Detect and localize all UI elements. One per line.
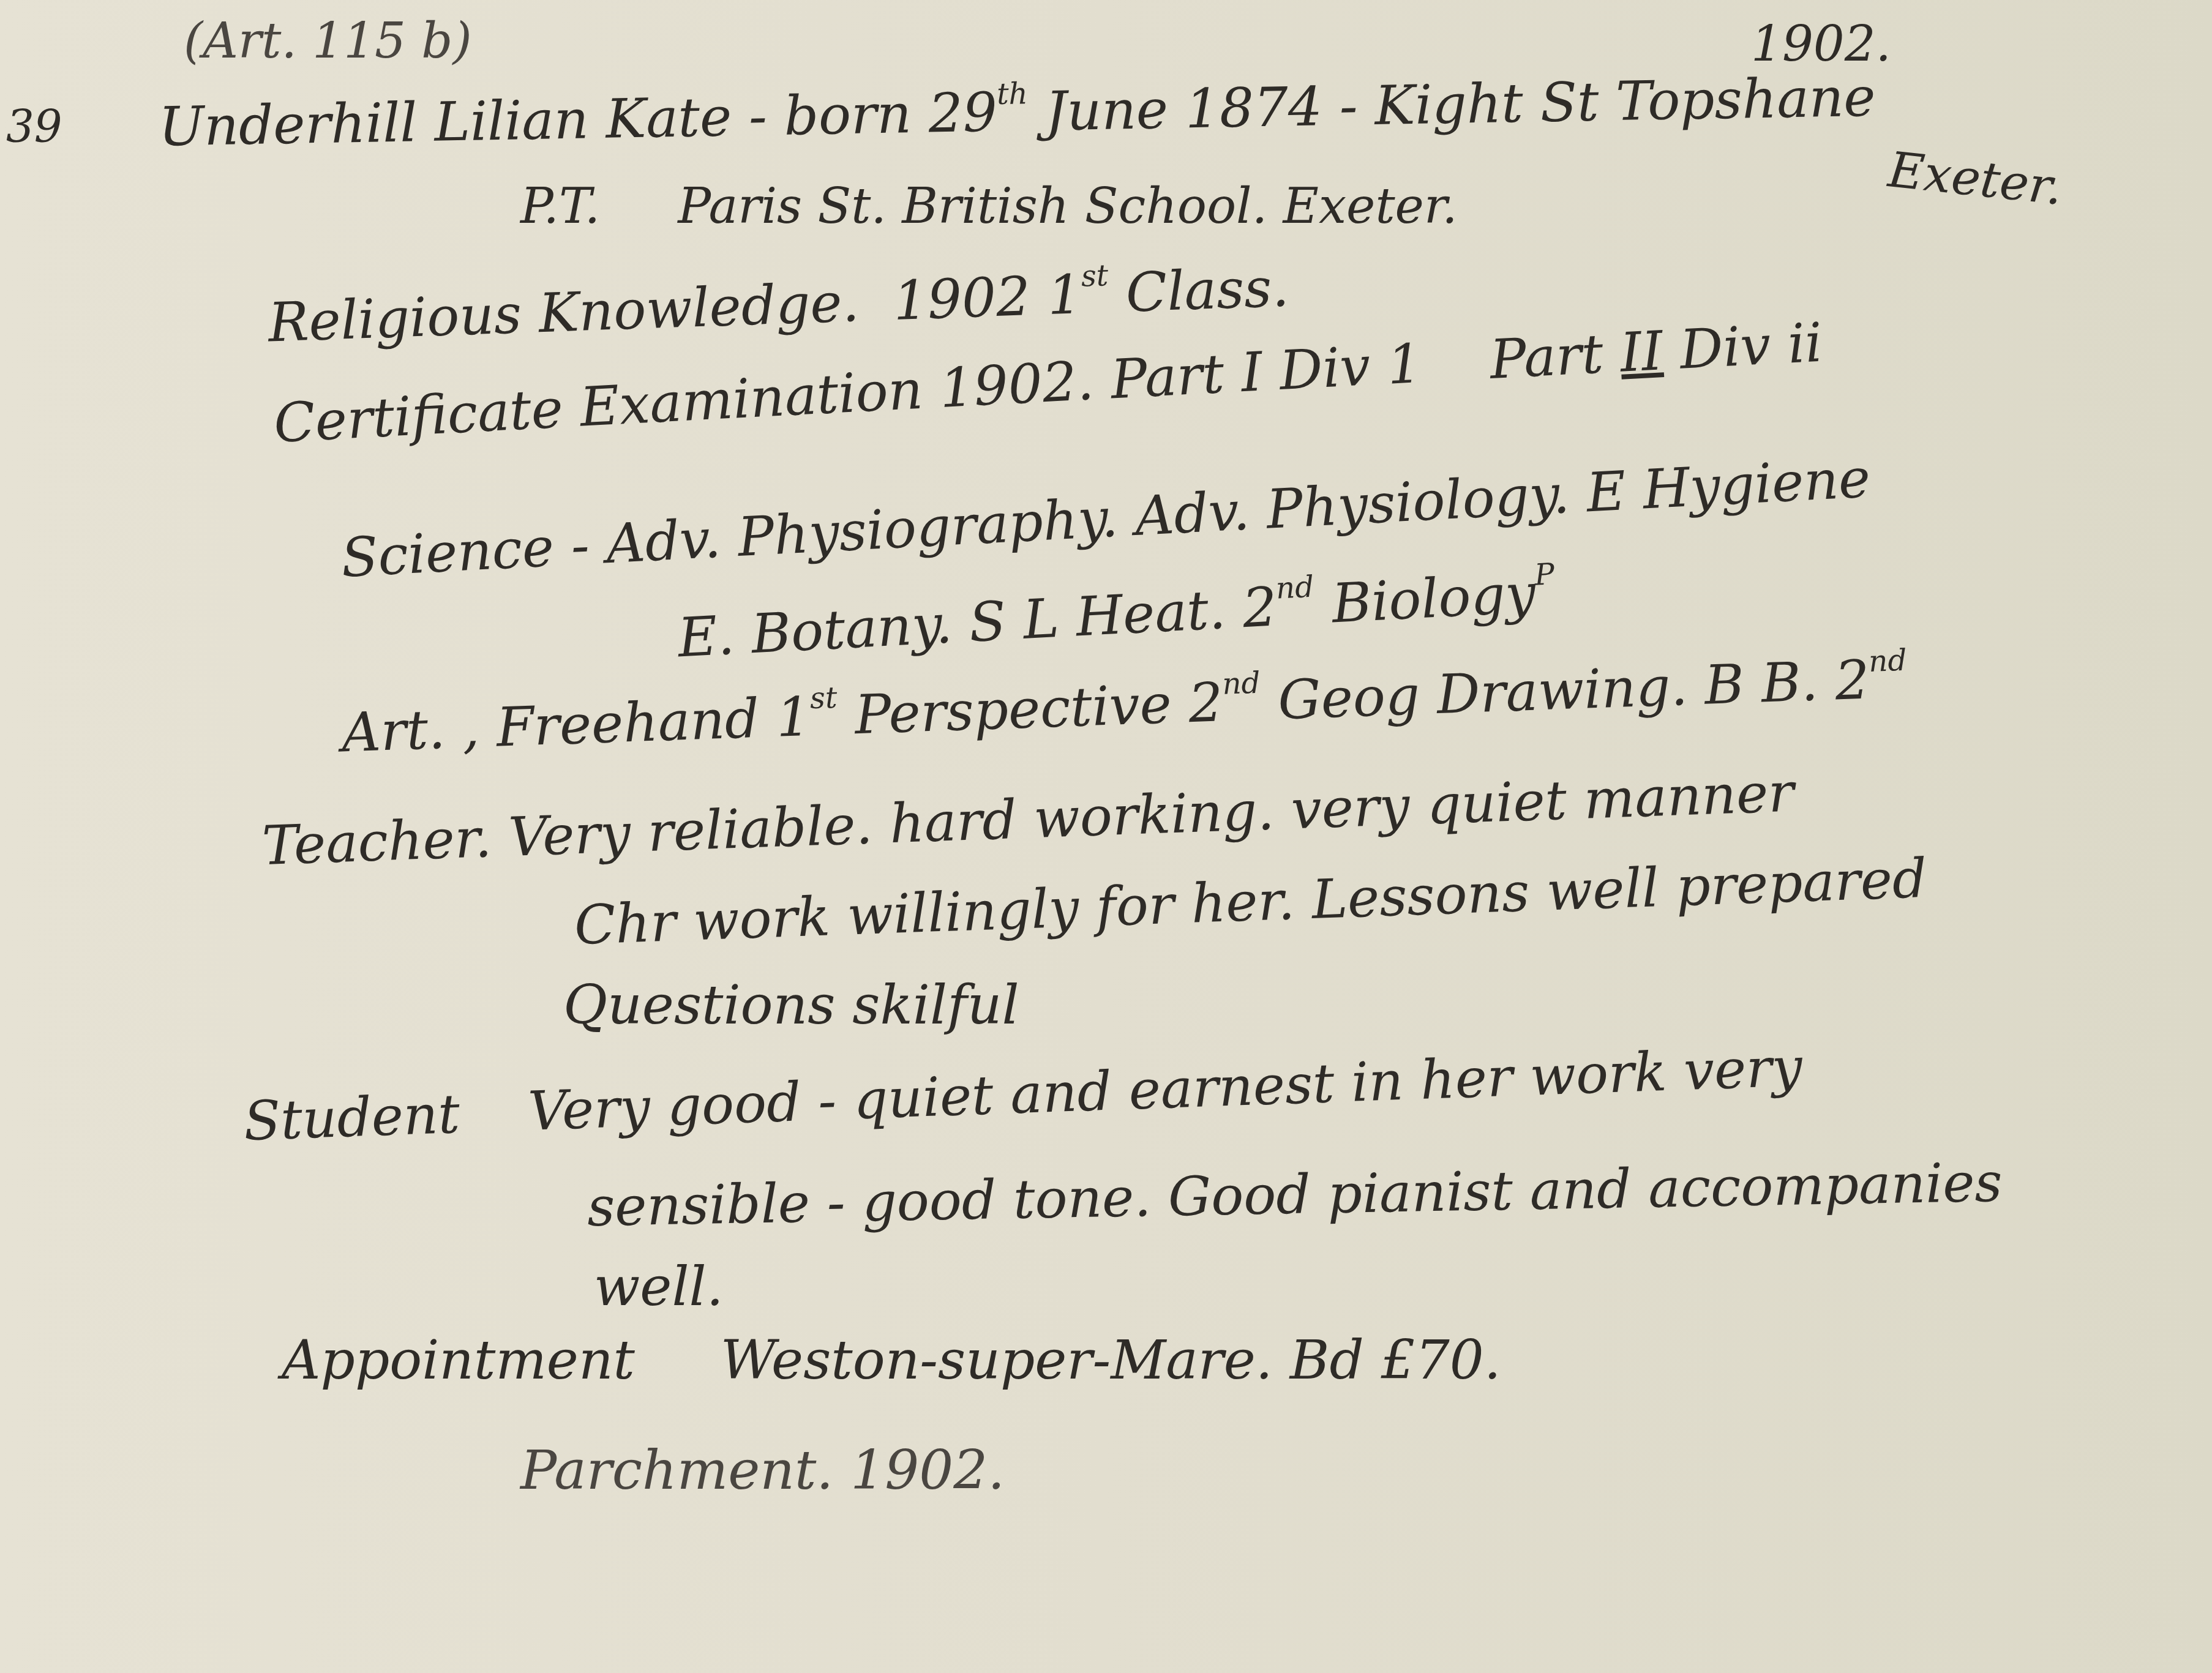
science-label: Science <box>340 515 556 589</box>
student-line-2: sensible - good tone. Good pianist and a… <box>587 1151 2003 1238</box>
student-line-3: well. <box>594 1255 724 1318</box>
entry-number: 39 <box>6 101 62 152</box>
student-label: Student <box>242 1082 460 1153</box>
pt-label: P.T. <box>520 178 600 234</box>
religious-knowledge-line: Religious Knowledge. 1902 1st Class. <box>267 252 1290 354</box>
student-line-1: Student Very good - quiet and earnest in… <box>242 1035 1803 1153</box>
teacher-line-3: Questions skilful <box>563 973 1019 1036</box>
pupil-teacher-line: P.T. Paris St. British School. Exeter. <box>520 178 1458 234</box>
parchment-line: Parchment. 1902. <box>520 1439 1005 1502</box>
appointment-value: Weston-super-Mare. Bd £70. <box>721 1328 1501 1391</box>
science-line-2: E. Botany. S L Heat. 2nd BiologyP <box>676 557 1557 670</box>
pt-school: Paris St. British School. Exeter. <box>678 178 1458 234</box>
appointment-line: Appointment Weston-super-Mare. Bd £70. <box>282 1328 1501 1391</box>
science-line-1: Science - Adv. Physiography. Adv. Physio… <box>340 446 1872 589</box>
entry-name-line: Underhill Lilian Kate - born 29th June 1… <box>158 62 1876 158</box>
appointment-label: Appointment <box>282 1328 635 1391</box>
teacher-line-2: Chr work willingly for her. Lessons well… <box>573 847 1927 957</box>
art-label: Art. <box>340 698 446 765</box>
article-reference: (Art. 115 b) <box>184 12 472 69</box>
student-name: Underhill Lilian Kate <box>158 85 732 158</box>
art-line: Art. , Freehand 1st Perspective 2nd Geog… <box>340 643 1908 765</box>
birth-and-address: June 1874 - Kight St Topshane <box>1044 65 1876 143</box>
address-city: Exeter. <box>1886 141 2065 216</box>
teacher-label: Teacher. <box>261 806 492 877</box>
